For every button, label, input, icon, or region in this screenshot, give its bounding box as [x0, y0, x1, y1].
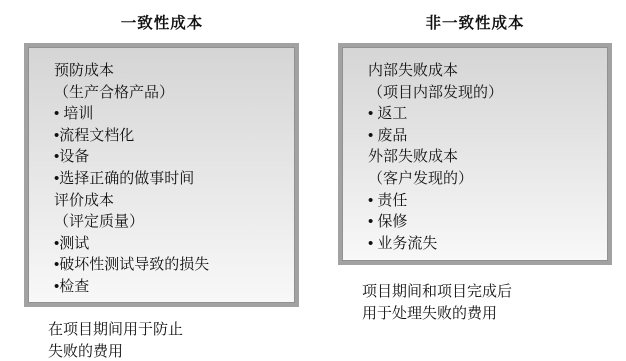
conformance-cost-line: • 培训: [54, 103, 287, 125]
conformance-cost-title: 一致性成本: [24, 11, 300, 33]
nonconformance-cost-title: 非一致性成本: [338, 11, 612, 33]
conformance-cost-line: •检查: [54, 276, 287, 298]
conformance-cost-line: 预防成本: [54, 60, 287, 82]
cost-of-quality-diagram: 一致性成本 非一致性成本 预防成本（生产合格产品）• 培训•流程文档化•设备•选…: [0, 0, 626, 361]
conformance-cost-line: •流程文档化: [54, 125, 287, 147]
nonconformance-cost-line: • 保修: [368, 211, 600, 233]
conformance-cost-line: •破坏性测试导致的损失: [54, 254, 287, 276]
nonconformance-cost-box: 内部失败成本（项目内部发现的）• 返工• 废品外部失败成本（客户发现的）• 责任…: [338, 43, 612, 265]
conformance-cost-box: 预防成本（生产合格产品）• 培训•流程文档化•设备•选择正确的做事时间评价成本（…: [24, 43, 299, 307]
conformance-cost-line: （评定质量）: [54, 211, 287, 233]
conformance-cost-caption: 在项目期间用于防止失败的费用: [48, 319, 183, 361]
nonconformance-cost-caption: 项目期间和项目完成后用于处理失败的费用: [362, 281, 512, 324]
nonconformance-cost-line: • 责任: [368, 190, 600, 212]
conformance-cost-line: •设备: [54, 146, 287, 168]
conformance-cost-line: •测试: [54, 233, 287, 255]
nonconformance-cost-line: • 返工: [368, 103, 600, 125]
nonconformance-cost-line: • 业务流失: [368, 233, 600, 255]
nonconformance-caption-line: 用于处理失败的费用: [362, 303, 512, 325]
conformance-caption-line: 失败的费用: [48, 341, 183, 361]
conformance-caption-line: 在项目期间用于防止: [48, 319, 183, 341]
conformance-cost-line: （生产合格产品）: [54, 82, 287, 104]
nonconformance-cost-line: 外部失败成本: [368, 146, 600, 168]
nonconformance-caption-line: 项目期间和项目完成后: [362, 281, 512, 303]
nonconformance-cost-line: （客户发现的）: [368, 168, 600, 190]
nonconformance-cost-line: （项目内部发现的）: [368, 82, 600, 104]
conformance-cost-line: •选择正确的做事时间: [54, 168, 287, 190]
nonconformance-cost-line: 内部失败成本: [368, 60, 600, 82]
conformance-cost-line: 评价成本: [54, 190, 287, 212]
nonconformance-cost-line: • 废品: [368, 125, 600, 147]
